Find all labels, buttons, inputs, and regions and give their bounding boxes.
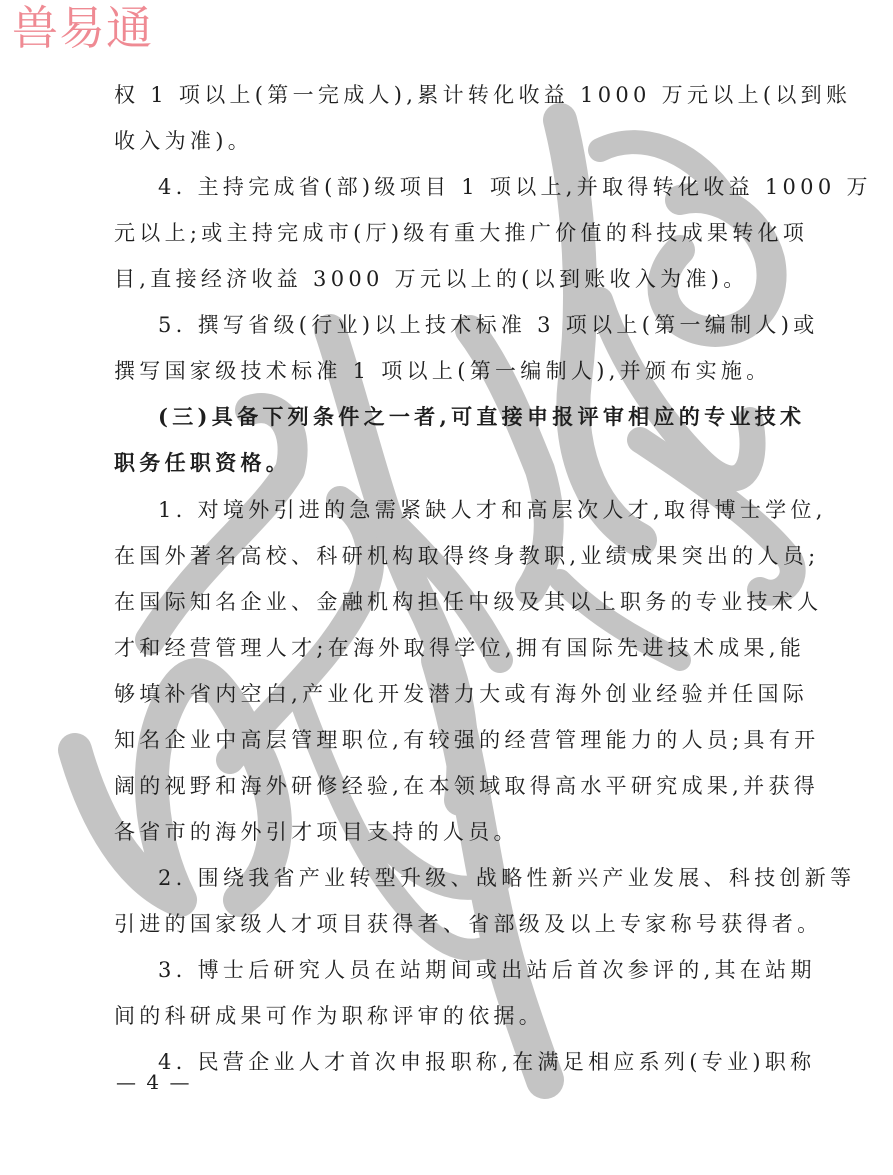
paragraph-line: 目,直接经济收益 3000 万元以上的(以到账收入为准)。 xyxy=(114,264,778,294)
paragraph-line: 各省市的海外引才项目支持的人员。 xyxy=(114,817,778,847)
paragraph-line: 1. 对境外引进的急需紧缺人才和高层次人才,取得博士学位, xyxy=(158,495,778,525)
paragraph-line: 4. 主持完成省(部)级项目 1 项以上,并取得转化收益 1000 万 xyxy=(158,172,778,202)
section-heading-line: (三)具备下列条件之一者,可直接申报评审相应的专业技术 xyxy=(158,402,778,432)
document-page: 权 1 项以上(第一完成人),累计转化收益 1000 万元以上(以到账收入为准)… xyxy=(0,0,893,1175)
paragraph-line: 3. 博士后研究人员在站期间或出站后首次参评的,其在站期 xyxy=(158,955,778,985)
paragraph-line: 在国外著名高校、科研机构取得终身教职,业绩成果突出的人员; xyxy=(114,541,778,571)
paragraph-line: 间的科研成果可作为职称评审的依据。 xyxy=(114,1001,778,1031)
paragraph-line: 权 1 项以上(第一完成人),累计转化收益 1000 万元以上(以到账 xyxy=(114,80,778,110)
paragraph-line: 够填补省内空白,产业化开发潜力大或有海外创业经验并任国际 xyxy=(114,679,778,709)
paragraph-line: 收入为准)。 xyxy=(114,126,778,156)
paragraph-line: 撰写国家级技术标准 1 项以上(第一编制人),并颁布实施。 xyxy=(114,356,778,386)
paragraph-line: 阔的视野和海外研修经验,在本领域取得高水平研究成果,并获得 xyxy=(114,771,778,801)
paragraph-line: 在国际知名企业、金融机构担任中级及其以上职务的专业技术人 xyxy=(114,587,778,617)
section-heading-line: 职务任职资格。 xyxy=(114,448,778,478)
paragraph-line: 知名企业中高层管理职位,有较强的经营管理能力的人员;具有开 xyxy=(114,725,778,755)
paragraph-line: 4. 民营企业人才首次申报职称,在满足相应系列(专业)职称 xyxy=(158,1047,778,1077)
paragraph-line: 5. 撰写省级(行业)以上技术标准 3 项以上(第一编制人)或 xyxy=(158,310,778,340)
site-logo: 兽易通 xyxy=(12,2,153,54)
paragraph-line: 才和经营管理人才;在海外取得学位,拥有国际先进技术成果,能 xyxy=(114,633,778,663)
paragraph-line: 元以上;或主持完成市(厅)级有重大推广价值的科技成果转化项 xyxy=(114,218,778,248)
paragraph-line: 引进的国家级人才项目获得者、省部级及以上专家称号获得者。 xyxy=(114,909,778,939)
paragraph-line: 2. 围绕我省产业转型升级、战略性新兴产业发展、科技创新等 xyxy=(158,863,778,893)
